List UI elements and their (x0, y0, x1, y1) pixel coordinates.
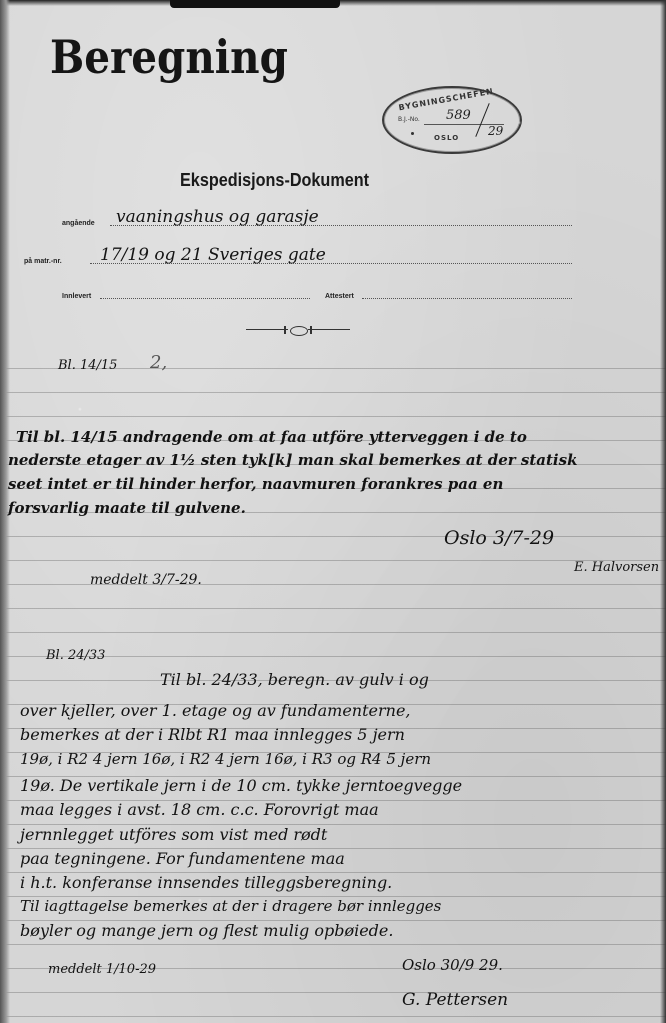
entry1-line-3: seet intet er til hinder herfor, naavmur… (8, 475, 503, 493)
stamp-city: OSLO (434, 134, 459, 142)
attestert-label: Attestert (325, 293, 354, 300)
stamp-bj-label: B.J.-No. (398, 116, 420, 123)
entry1-line-1: Til bl. 14/15 andragende om at faa utför… (16, 428, 527, 446)
entry2-line-5: 19ø. De vertikale jern i de 10 cm. tykke… (20, 776, 462, 795)
form-row-innlevert: Innlevert Attestert (0, 280, 580, 302)
entry2-line-9: i h.t. konferanse innsendes tilleggsbere… (20, 873, 392, 892)
entry2-line-7: jernnlegget utföres som vist med rødt (20, 825, 327, 844)
entry1-notified: meddelt 3/7-29. (90, 572, 202, 588)
entry2-line-2: over kjeller, over 1. etage og av fundam… (20, 701, 411, 720)
entry2-line-1: Til bl. 24/33, beregn. av gulv i og (160, 670, 429, 689)
innlevert-dotline (100, 298, 310, 299)
entry2-line-10: Til iagttagelse bemerkes at der i drager… (20, 897, 441, 915)
angaende-value: vaaningshus og garasje (116, 207, 319, 227)
entry1-line-2: nederste etager av 1½ sten tyk[k] man sk… (8, 451, 577, 469)
document-page: Beregning BYGNINGSCHEFEN B.J.-No. 589 29… (0, 0, 666, 1023)
entry1-mark: 2, (150, 352, 167, 373)
office-stamp: BYGNINGSCHEFEN B.J.-No. 589 29 OSLO (382, 86, 522, 154)
binder-tab (170, 0, 340, 8)
entry2-place-date: Oslo 30/9 29. (402, 956, 503, 974)
stamp-dot (411, 132, 414, 135)
entry2-line-4: 19ø, i R2 4 jern 16ø, i R2 4 jern 16ø, i… (20, 750, 431, 768)
matr-value: 17/19 og 21 Sveriges gate (100, 245, 326, 265)
entry1-line-4: forsvarlig maate til gulvene. (8, 499, 246, 517)
entry1-reference: Bl. 14/15 (58, 358, 117, 373)
entry1-signature: E. Halvorsen (574, 560, 659, 575)
entry2-line-6: maa legges i avst. 18 cm. c.c. Forovrigt… (20, 800, 379, 819)
form-row-angaende: angående vaaningshus og garasje (0, 207, 580, 229)
entry2-line-3: bemerkes at der i Rlbt R1 maa innlegges … (20, 725, 405, 744)
ornament-center (290, 326, 308, 336)
page-edge-right (660, 0, 666, 1023)
document-title: Beregning (50, 30, 288, 84)
document-subtitle: Ekspedisjons-Dokument (180, 170, 369, 191)
matr-label: på matr.-nr. (24, 258, 62, 265)
stamp-bj-year: 29 (488, 124, 503, 138)
stamp-bj-number: 589 (446, 108, 471, 123)
form-row-matr: på matr.-nr. 17/19 og 21 Sveriges gate (0, 245, 580, 267)
divider-ornament (246, 326, 350, 334)
entry2-line-11: bøyler og mange jern og flest mulig opbø… (20, 921, 393, 940)
entry2-reference: Bl. 24/33 (46, 648, 105, 663)
entry2-notified: meddelt 1/10-29 (48, 962, 156, 977)
entry2-line-8: paa tegningene. For fundamentene maa (20, 849, 345, 868)
innlevert-label: Innlevert (62, 293, 91, 300)
attestert-dotline (362, 298, 572, 299)
angaende-label: angående (62, 220, 95, 227)
entry2-signature: G. Pettersen (402, 990, 508, 1010)
entry1-place-date: Oslo 3/7-29 (444, 527, 554, 549)
